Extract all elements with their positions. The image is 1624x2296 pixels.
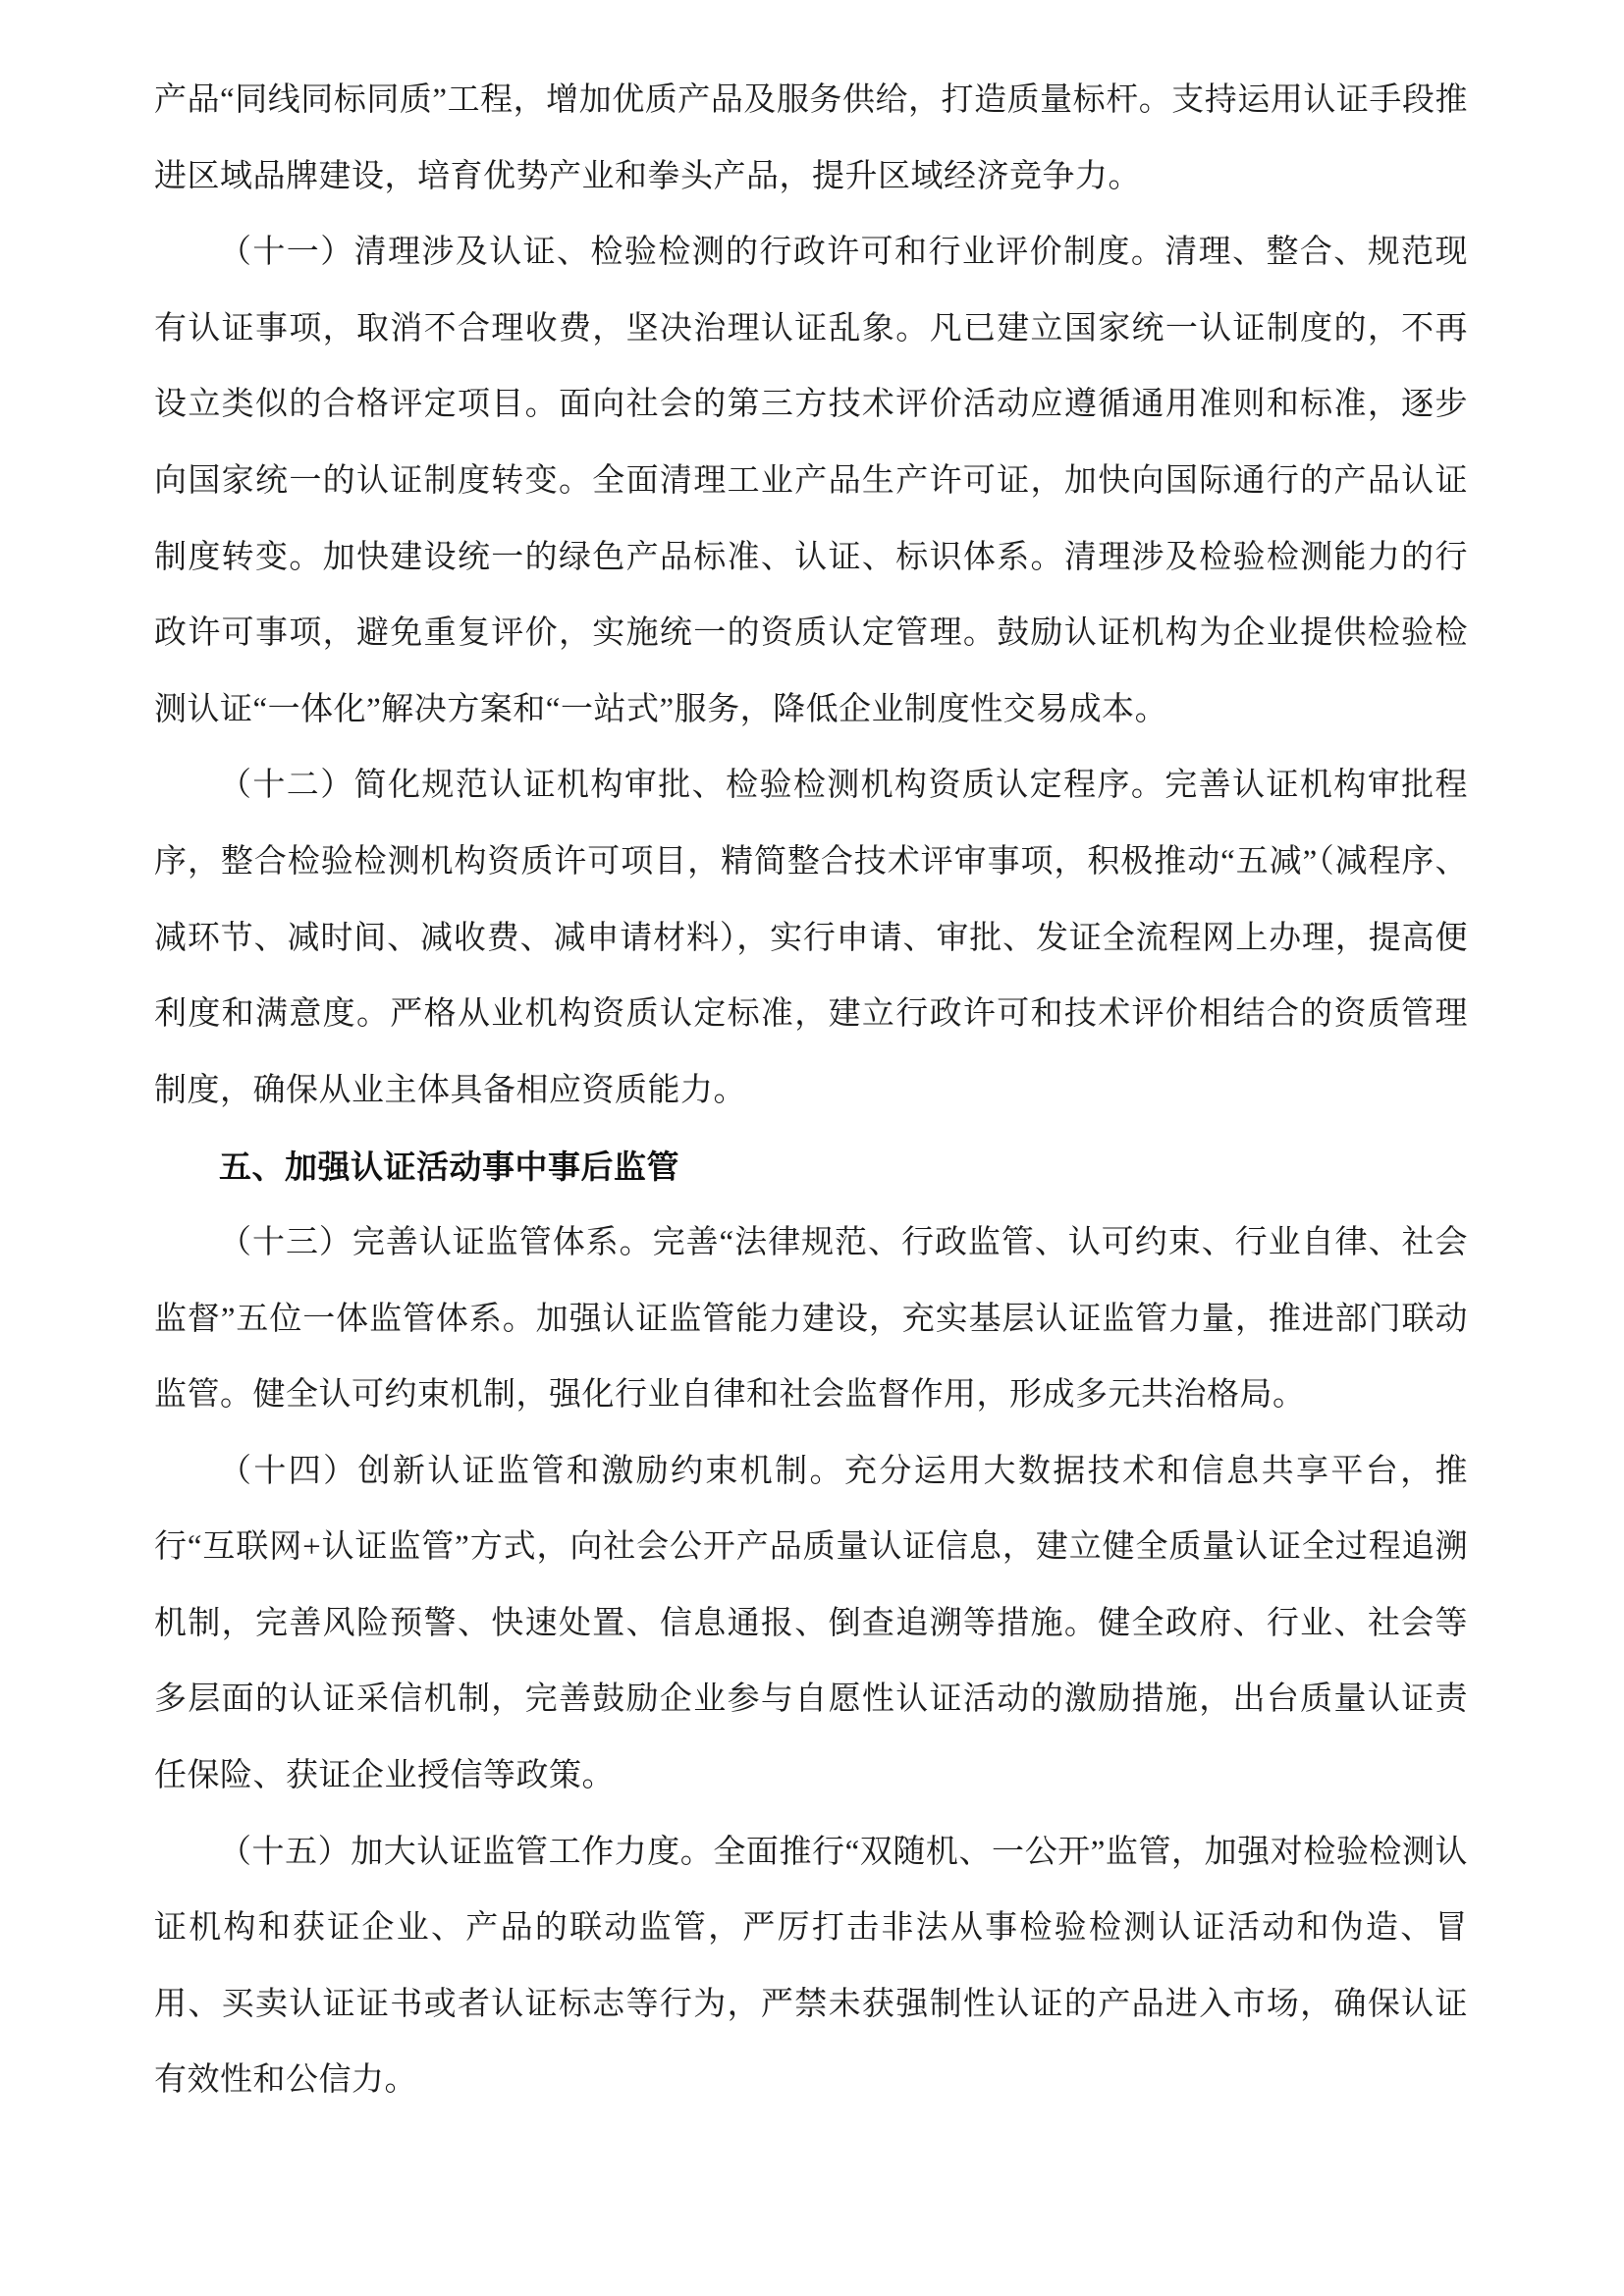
paragraph-item-11: （十一）清理涉及认证、检验检测的行政许可和行业评价制度。清理、整合、规范现有认证… bbox=[154, 215, 1468, 748]
section-heading-5: 五、加强认证活动事中事后监管 bbox=[154, 1129, 1468, 1205]
paragraph-item-12: （十二）简化规范认证机构审批、检验检测机构资质认定程序。完善认证机构审批程序，整… bbox=[154, 748, 1468, 1129]
paragraph-item-15: （十五）加大认证监管工作力度。全面推行“双随机、一公开”监管，加强对检验检测认证… bbox=[154, 1815, 1468, 2119]
paragraph-continuation: 产品“同线同标同质”工程，增加优质产品及服务供给，打造质量标杆。支持运用认证手段… bbox=[154, 63, 1468, 215]
document-body: 产品“同线同标同质”工程，增加优质产品及服务供给，打造质量标杆。支持运用认证手段… bbox=[154, 63, 1468, 2119]
paragraph-item-13: （十三）完善认证监管体系。完善“法律规范、行政监管、认可约束、行业自律、社会监督… bbox=[154, 1205, 1468, 1434]
document-page: 产品“同线同标同质”工程，增加优质产品及服务供给，打造质量标杆。支持运用认证手段… bbox=[0, 0, 1624, 2296]
paragraph-item-14: （十四）创新认证监管和激励约束机制。充分运用大数据技术和信息共享平台，推行“互联… bbox=[154, 1434, 1468, 1815]
